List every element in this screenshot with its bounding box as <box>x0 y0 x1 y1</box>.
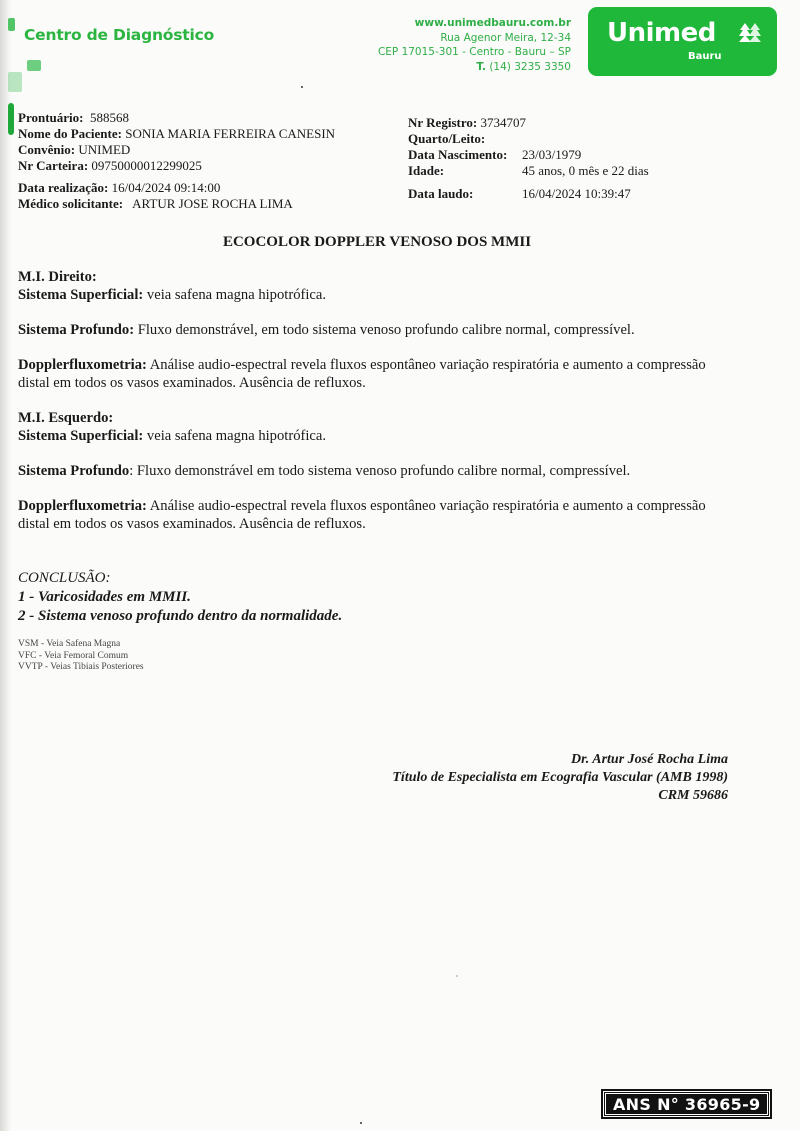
phone: T. (14) 3235 3350 <box>378 60 571 75</box>
signature-block: Dr. Artur José Rocha Lima Título de Espe… <box>392 751 728 805</box>
field-data-laudo: Data laudo:16/04/2024 10:39:47 <box>408 186 649 202</box>
abbreviations: VSM - Veia Safena Magna VFC - Veia Femor… <box>18 639 144 674</box>
address-block: www.unimedbauru.com.br Rua Agenor Meira,… <box>378 16 571 74</box>
field-data-realizacao: Data realização: 16/04/2024 09:14:00 <box>18 180 335 196</box>
section-left-heading: M.I. Esquerdo: <box>18 409 718 427</box>
conclusion: CONCLUSÃO: 1 - Varicosidades em MMII. 2 … <box>18 569 342 626</box>
unimed-logo: Unimed Bauru <box>588 7 777 76</box>
doctor-title: Título de Especialista em Ecografia Vasc… <box>392 769 728 787</box>
cep-line: CEP 17015-301 - Centro - Bauru – SP <box>378 45 571 60</box>
doctor-crm: CRM 59686 <box>392 787 728 805</box>
doctor-name: Dr. Artur José Rocha Lima <box>392 751 728 769</box>
left-superficial: Sistema Superficial: veia safena magna h… <box>18 427 718 445</box>
phone-prefix: T. <box>476 61 486 73</box>
right-superficial: Sistema Superficial: veia safena magna h… <box>18 286 718 304</box>
conclusion-heading: CONCLUSÃO: <box>18 569 342 588</box>
patient-details-table: Quarto/Leito: Data Nascimento:23/03/1979… <box>408 131 649 202</box>
center-name: Centro de Diagnóstico <box>24 26 214 44</box>
left-profundo: Sistema Profundo: Fluxo demonstrável em … <box>18 462 718 480</box>
street: Rua Agenor Meira, 12-34 <box>378 31 571 46</box>
website-link[interactable]: www.unimedbauru.com.br <box>378 16 571 31</box>
conclusion-item: 2 - Sistema venoso profundo dentro da no… <box>18 607 342 626</box>
field-prontuario: Prontuário: 588568 <box>18 110 335 126</box>
conclusion-item: 1 - Varicosidades em MMII. <box>18 588 342 607</box>
field-patient-name: Nome do Paciente: SONIA MARIA FERREIRA C… <box>18 126 335 142</box>
patient-info-left: Prontuário: 588568 Nome do Paciente: SON… <box>18 110 335 212</box>
decorative-square <box>8 72 22 92</box>
field-carteira: Nr Carteira: 09750000012299025 <box>18 158 335 174</box>
section-right-heading: M.I. Direito: <box>18 268 718 286</box>
field-quarto: Quarto/Leito: <box>408 131 649 147</box>
logo-city: Bauru <box>688 51 722 62</box>
scan-speck <box>456 975 458 977</box>
field-medico-solicitante: Médico solicitante: ARTUR JOSE ROCHA LIM… <box>18 196 335 212</box>
phone-number: (14) 3235 3350 <box>489 61 571 73</box>
field-convenio: Convênio: UNIMED <box>18 142 335 158</box>
right-profundo: Sistema Profundo: Fluxo demonstrável, em… <box>18 321 718 339</box>
decorative-square <box>27 60 41 71</box>
abbreviation-item: VFC - Veia Femoral Comum <box>18 651 144 663</box>
right-doppler: Dopplerfluxometria: Análise audio-espect… <box>18 356 718 392</box>
logo-name: Unimed <box>607 18 716 48</box>
ans-badge: ANS N° 36965-9 <box>603 1091 770 1117</box>
left-doppler: Dopplerfluxometria: Análise audio-espect… <box>18 497 718 533</box>
scan-speck <box>360 1122 362 1124</box>
report-title: ECOCOLOR DOPPLER VENOSO DOS MMII <box>0 234 754 251</box>
abbreviation-item: VVTP - Veias Tibiais Posteriores <box>18 662 144 674</box>
field-nascimento: Data Nascimento:23/03/1979 <box>408 147 649 163</box>
abbreviation-item: VSM - Veia Safena Magna <box>18 639 144 651</box>
pine-trees-icon <box>739 21 763 45</box>
scan-speck <box>301 86 303 88</box>
report-body: M.I. Direito: Sistema Superficial: veia … <box>18 268 718 533</box>
field-idade: Idade:45 anos, 0 mês e 22 dias <box>408 163 649 179</box>
scan-edge-shadow <box>0 0 12 1131</box>
decorative-square <box>8 18 15 31</box>
patient-info-right: Nr Registro: 3734707 Quarto/Leito: Data … <box>408 115 649 202</box>
field-nr-registro: Nr Registro: 3734707 <box>408 115 649 131</box>
decorative-bar <box>8 103 14 135</box>
